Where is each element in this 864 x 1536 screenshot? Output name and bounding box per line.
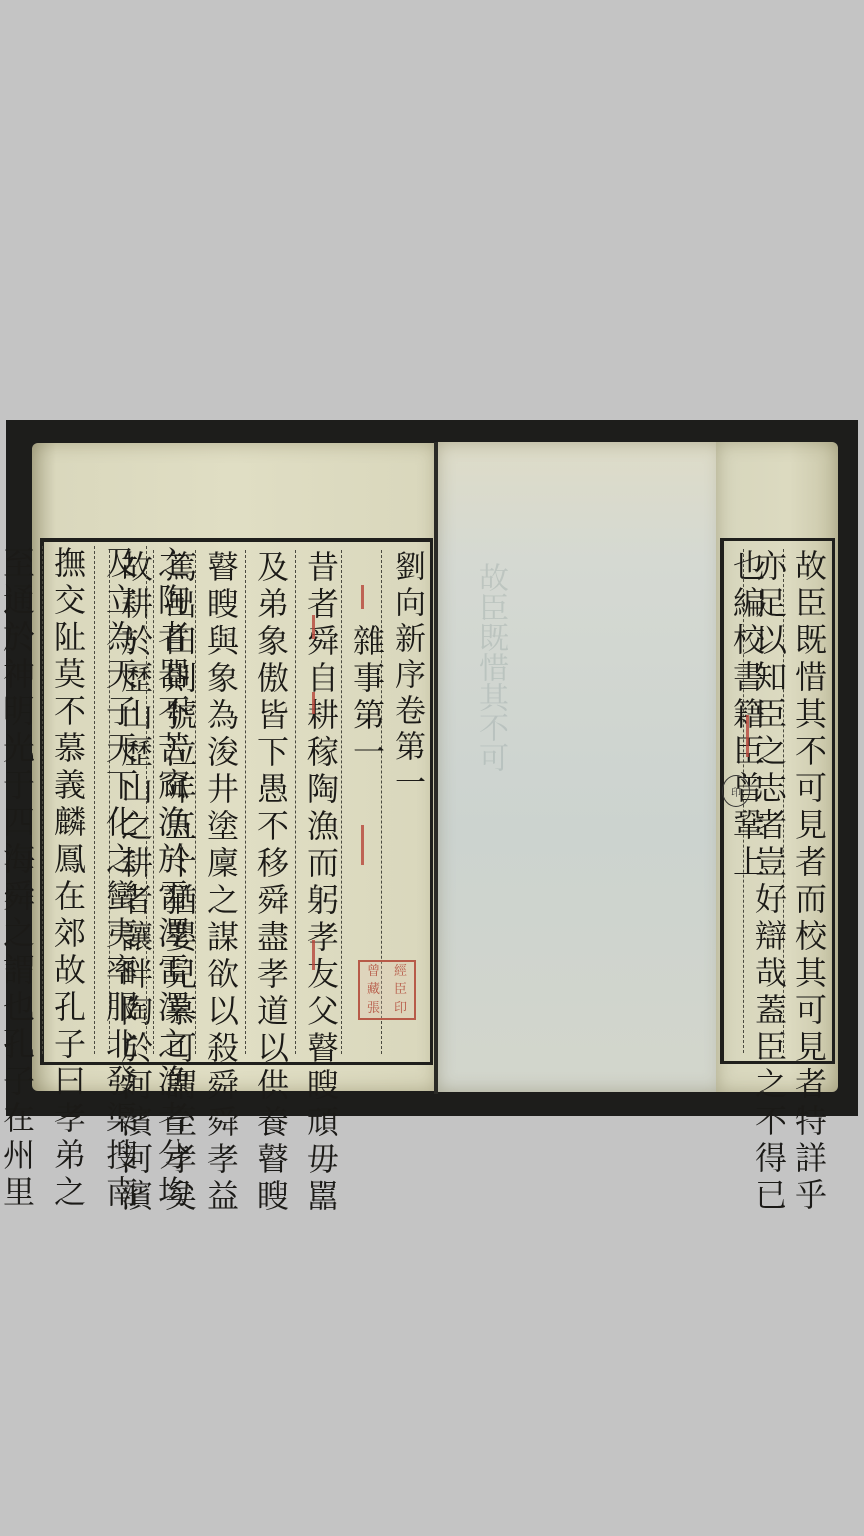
seal-char: 經 <box>394 965 407 978</box>
text-column: 至通於神明光于四海舜之謂也孔子在州里 <box>0 546 42 1054</box>
text-column: 昔者舜自耕稼陶漁而躬孝友父瞽瞍頑毋嚚 <box>295 550 346 1054</box>
text-line: 至通於神明光于四海舜之謂也孔子在州里 <box>0 546 42 1212</box>
red-annotation-mark <box>312 692 315 714</box>
red-collector-seal: 曾 經 藏 臣 張 印 <box>358 960 416 1020</box>
text-line: 及立為天子天下化之蠻夷率服北發渠搜南 <box>95 546 145 1212</box>
book-scan: 故臣既惜其不可 劉向新序卷第一 雜事第一 昔者舜自耕稼陶漁而躬孝友父瞽瞍頑毋嚚 … <box>6 420 858 1116</box>
seal-char: 藏 <box>367 983 380 996</box>
seal-char: 張 <box>367 1002 380 1015</box>
text-line: 昔者舜自耕稼陶漁而躬孝友父瞽瞍頑毋嚚 <box>296 550 346 1216</box>
red-annotation-mark <box>361 825 364 865</box>
text-column: 及立為天子天下化之蠻夷率服北發渠搜南 <box>94 546 145 1054</box>
blank-interleaf-page: 故臣既惜其不可 <box>436 442 724 1092</box>
seal-char: 臣 <box>394 983 407 996</box>
text-column: 及弟象傲皆下愚不移舜盡孝道以供養瞽瞍 <box>245 550 296 1054</box>
text-column: 之陶者器不苦窳漁於雷澤雷澤之漁者分均 <box>146 546 197 1054</box>
red-annotation-mark <box>312 615 315 639</box>
text-line: 及弟象傲皆下愚不移舜盡孝道以供養瞽瞍 <box>246 550 296 1216</box>
red-annotation-mark <box>312 940 315 970</box>
seal-char: 曾 <box>367 965 380 978</box>
red-annotation-mark <box>361 585 364 609</box>
seal-char: 印 <box>394 1002 407 1015</box>
text-line: 撫交阯莫不慕義麟鳳在郊故孔子曰孝弟之 <box>43 546 93 1212</box>
red-annotation-mark <box>746 715 749 757</box>
chapter-title: 雜事第一 <box>342 550 392 772</box>
round-seal: 印 <box>722 775 750 807</box>
book-spine <box>434 442 438 1094</box>
text-column: 撫交阯莫不慕義麟鳳在郊故孔子曰孝弟之 <box>42 546 93 1054</box>
bleed-through-text: 故臣既惜其不可 <box>466 562 514 772</box>
text-line: 之陶者器不苦窳漁於雷澤雷澤之漁者分均 <box>147 546 197 1212</box>
